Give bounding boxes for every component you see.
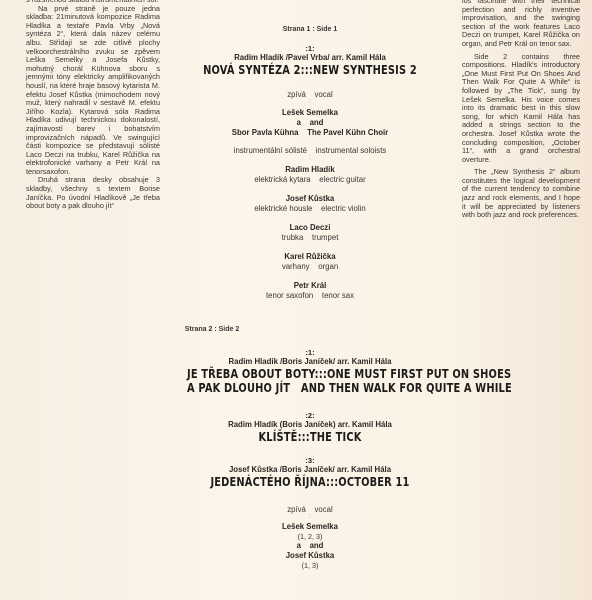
track-title-line1: JE TŘEBA OBOUT BOTY:::ONE MUST FIRST PUT… (187, 367, 433, 381)
side1-label-wrap: Strana 1 : Side 1 (160, 26, 460, 33)
side2-label-wrap: Strana 2 : Side 2 (112, 326, 312, 333)
vocalist-tracks: (1, 3) (160, 561, 460, 570)
track-credit: Josef Kůstka /Boris Janíček/ arr. Kamil … (160, 465, 460, 475)
choir-name: Sbor Pavla Kühna The Pavel Kühn Choir (160, 128, 460, 138)
and-label: a and (160, 541, 460, 551)
english-liner-notes: ios fascinate with their technical perfe… (462, 0, 580, 224)
track-number: :1: (160, 44, 460, 53)
track-title: NOVÁ SYNTÉZA 2:::NEW SYNTHESIS 2 (187, 63, 433, 77)
track-number: :3: (160, 456, 460, 465)
soloist: Radim Hladík elektrická kytara electric … (160, 165, 460, 185)
vocalist-name: Lešek Semelka (160, 108, 460, 118)
colon-divider: : (160, 515, 460, 520)
and-label: a and (160, 118, 460, 128)
soloist-instrument: elektrické housle electric violin (160, 204, 460, 214)
soloist: Karel Růžička varhany organ (160, 252, 460, 272)
track-number: :2: (160, 411, 460, 420)
side2-vocal-label: zpívá vocal : (160, 505, 460, 520)
czech-liner-notes: s rozšířenou škálou instrumentálních sól… (0, 0, 160, 211)
track-title: KLÍŠTĚ:::THE TICK (187, 430, 433, 444)
liner-paragraph: Na prvé straně je pouze jedna skladba: 2… (26, 5, 160, 177)
soloist: Laco Deczi trubka trumpet (160, 223, 460, 243)
soloist-instrument: elektrická kytara electric guitar (160, 175, 460, 185)
soloist: Petr Král tenor saxofon tenor sax (160, 281, 460, 301)
soloist-instrument: varhany organ (160, 262, 460, 272)
colon-divider: : (160, 100, 460, 105)
side1-vocalists: Lešek Semelka a and Sbor Pavla Kühna The… (160, 108, 460, 138)
liner-paragraph: ios fascinate with their technical perfe… (462, 0, 580, 49)
vocalist-name: Josef Kůstka (160, 551, 460, 561)
side2-track1: :1: Radim Hladík /Boris Janíček/ arr. Ka… (160, 348, 460, 395)
track-number: :1: (160, 348, 460, 357)
soloist-name: Petr Král (160, 281, 460, 291)
side2-label: Strana 2 : Side 2 (112, 326, 312, 333)
side2-track2: :2: Radim Hladík (Boris Janíček) arr. Ka… (160, 411, 460, 444)
soloist-name: Laco Deczi (160, 223, 460, 233)
track-credit: Radim Hladík /Pavel Vrba/ arr. Kamil Hál… (160, 53, 460, 63)
soloist-name: Karel Růžička (160, 252, 460, 262)
side1-label: Strana 1 : Side 1 (160, 26, 460, 33)
track-credit: Radim Hladík (Boris Janíček) arr. Kamil … (160, 420, 460, 430)
soloist-name: Radim Hladík (160, 165, 460, 175)
soloist-instrument: tenor saxofon tenor sax (160, 291, 460, 301)
soloist-name: Josef Kůstka (160, 194, 460, 204)
side2-vocalists: Lešek Semelka (1, 2, 3) a and Josef Kůst… (160, 522, 460, 570)
liner-paragraph: The „New Synthesis 2“ album constitutes … (462, 168, 580, 220)
record-sleeve-back: s rozšířenou škálou instrumentálních sól… (0, 0, 592, 600)
colon-divider: : (160, 156, 460, 161)
vocalist-name: Lešek Semelka (160, 522, 460, 532)
track-title: JEDENÁCTÉHO ŘÍJNA:::OCTOBER 11 (187, 475, 433, 489)
soloist: Josef Kůstka elektrické housle electric … (160, 194, 460, 214)
liner-paragraph: Druhá strana desky obsahuje 3 skladby, v… (26, 176, 160, 210)
vocalist-tracks: (1, 2, 3) (160, 532, 460, 541)
side1-soloists-label: instrumentální sólisté instrumental solo… (160, 146, 460, 161)
side1-track1: :1: Radim Hladík /Pavel Vrba/ arr. Kamil… (160, 44, 460, 77)
side2-track3: :3: Josef Kůstka /Boris Janíček/ arr. Ka… (160, 456, 460, 489)
soloist-instrument: trubka trumpet (160, 233, 460, 243)
track-credit: Radim Hladík /Boris Janíček/ arr. Kamil … (160, 357, 460, 367)
side1-vocal-label: zpívá vocal : (160, 90, 460, 105)
liner-paragraph: Side 2 contains three compositions. Hlad… (462, 53, 580, 165)
track-title-line2: A PAK DLOUHO JÍT AND THEN WALK FOR QUITE… (187, 381, 433, 395)
